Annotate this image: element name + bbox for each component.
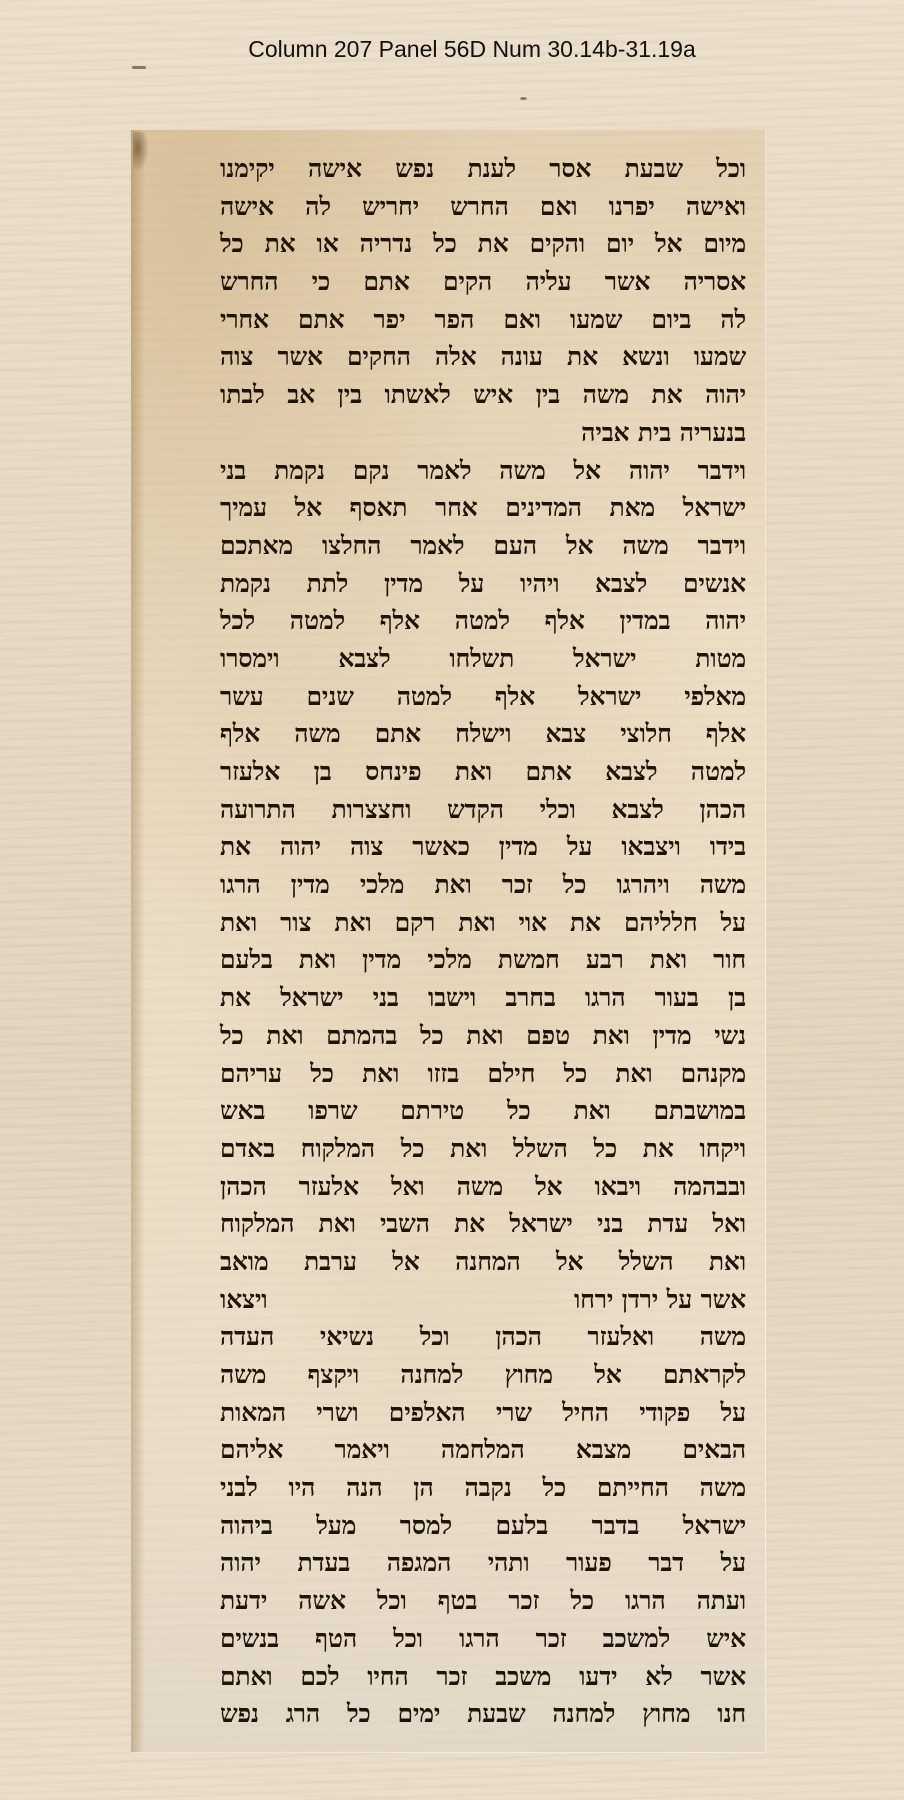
text-line: נשי מדין ואת טפם ואת כל בהמתם ואת כל — [220, 1017, 746, 1055]
ink-speck — [520, 97, 527, 100]
text-line: לקראתם אל מחוץ למחנה ויקצף משה — [220, 1356, 746, 1394]
text-line: ואת השלל אל המחנה אל ערבת מואב — [220, 1243, 746, 1281]
text-line-left-part: ויצאו — [220, 1281, 268, 1319]
text-line: ובבהמה ויבאו אל משה ואל אלעזר הכהן — [220, 1168, 746, 1206]
text-line: במושבתם ואת כל טירתם שרפו באש — [220, 1092, 746, 1130]
text-line: וידבר משה אל העם לאמר החלצו מאתכם — [220, 527, 746, 565]
text-line: ואישה יפרנו ואם החרש יחריש לה אישה — [220, 188, 746, 226]
text-line: בן בעור הרגו בחרב וישבו בני ישראל את — [220, 979, 746, 1017]
text-line: על חלליהם את אוי ואת רקם ואת צור ואת — [220, 904, 746, 942]
text-line: מאלפי ישראל אלף למטה שנים עשר — [220, 678, 746, 716]
text-line: יהוה במדין אלף למטה אלף למטה לכל — [220, 602, 746, 640]
text-line: מקנהם ואת כל חילם בזזו ואת כל עריהם — [220, 1055, 746, 1093]
text-line: אלף חלוצי צבא וישלח אתם משה אלף — [220, 715, 746, 753]
text-line: משה ואלעזר הכהן וכל נשיאי העדה — [220, 1318, 746, 1356]
text-line: חור ואת רבע חמשת מלכי מדין ואת בלעם — [220, 941, 746, 979]
text-line: בנעריה בית אביה — [220, 414, 746, 452]
parchment-tear — [133, 132, 149, 172]
text-line: על פקודי החיל שרי האלפים ושרי המאות — [220, 1394, 746, 1432]
text-line: וכל שבעת אסר לענת נפש אישה יקימנו — [220, 150, 746, 188]
text-line: ישראל בדבר בלעם למסר מעל ביהוה — [220, 1507, 746, 1545]
text-line: ויקחו את כל השלל ואת כל המלקוח באדם — [220, 1130, 746, 1168]
text-line: אשר לא ידעו משכב זכר החיו לכם ואתם — [220, 1658, 746, 1696]
text-line: מטות ישראל תשלחו לצבא וימסרו — [220, 640, 746, 678]
text-line: וידבר יהוה אל משה לאמר נקם נקמת בני — [220, 452, 746, 490]
text-line: שמעו ונשא את עונה אלה החקים אשר צוה — [220, 338, 746, 376]
text-line: הבאים מצבא המלחמה ויאמר אליהם — [220, 1431, 746, 1469]
text-line: לה ביום שמעו ואם הפר יפר אתם אחרי — [220, 301, 746, 339]
text-line: חנו מחוץ למחנה שבעת ימים כל הרג נפש — [220, 1695, 746, 1733]
text-line: משה החייתם כל נקבה הן הנה היו לבני — [220, 1469, 746, 1507]
text-line: ועתה הרגו כל זכר בטף וכל אשה ידעת — [220, 1582, 746, 1620]
text-line: יהוה את משה בין איש לאשתו בין אב לבתו — [220, 376, 746, 414]
text-line: על דבר פעור ותהי המגפה בעדת יהוה — [220, 1544, 746, 1582]
text-line: בידו ויצבאו על מדין כאשר צוה יהוה את — [220, 828, 746, 866]
manuscript-text: וכל שבעת אסר לענת נפש אישה יקימנו ואישה … — [220, 150, 746, 1733]
page-caption: Column 207 Panel 56D Num 30.14b-31.19a — [0, 36, 904, 63]
text-line: ישראל מאת המדינים אחר תאסף אל עמיך — [220, 489, 746, 527]
ink-speck — [132, 66, 146, 69]
text-line-with-gap: אשר על ירדן ירחו ויצאו — [220, 1281, 746, 1319]
text-line: ואל עדת בני ישראל את השבי ואת המלקוח — [220, 1205, 746, 1243]
text-line: למטה לצבא אתם ואת פינחס בן אלעזר — [220, 753, 746, 791]
text-line: איש למשכב זכר הרגו וכל הטף בנשים — [220, 1620, 746, 1658]
text-line: אסריה אשר עליה הקים אתם כי החרש — [220, 263, 746, 301]
text-line: מיום אל יום והקים את כל נדריה או את כל — [220, 225, 746, 263]
text-line: משה ויהרגו כל זכר ואת מלכי מדין הרגו — [220, 866, 746, 904]
text-line: אנשים לצבא ויהיו על מדין לתת נקמת — [220, 565, 746, 603]
panel-left-edge — [131, 130, 145, 1752]
text-line: הכהן לצבא וכלי הקדש וחצצרות התרועה — [220, 791, 746, 829]
text-line-right-part: אשר על ירדן ירחו — [574, 1281, 746, 1319]
